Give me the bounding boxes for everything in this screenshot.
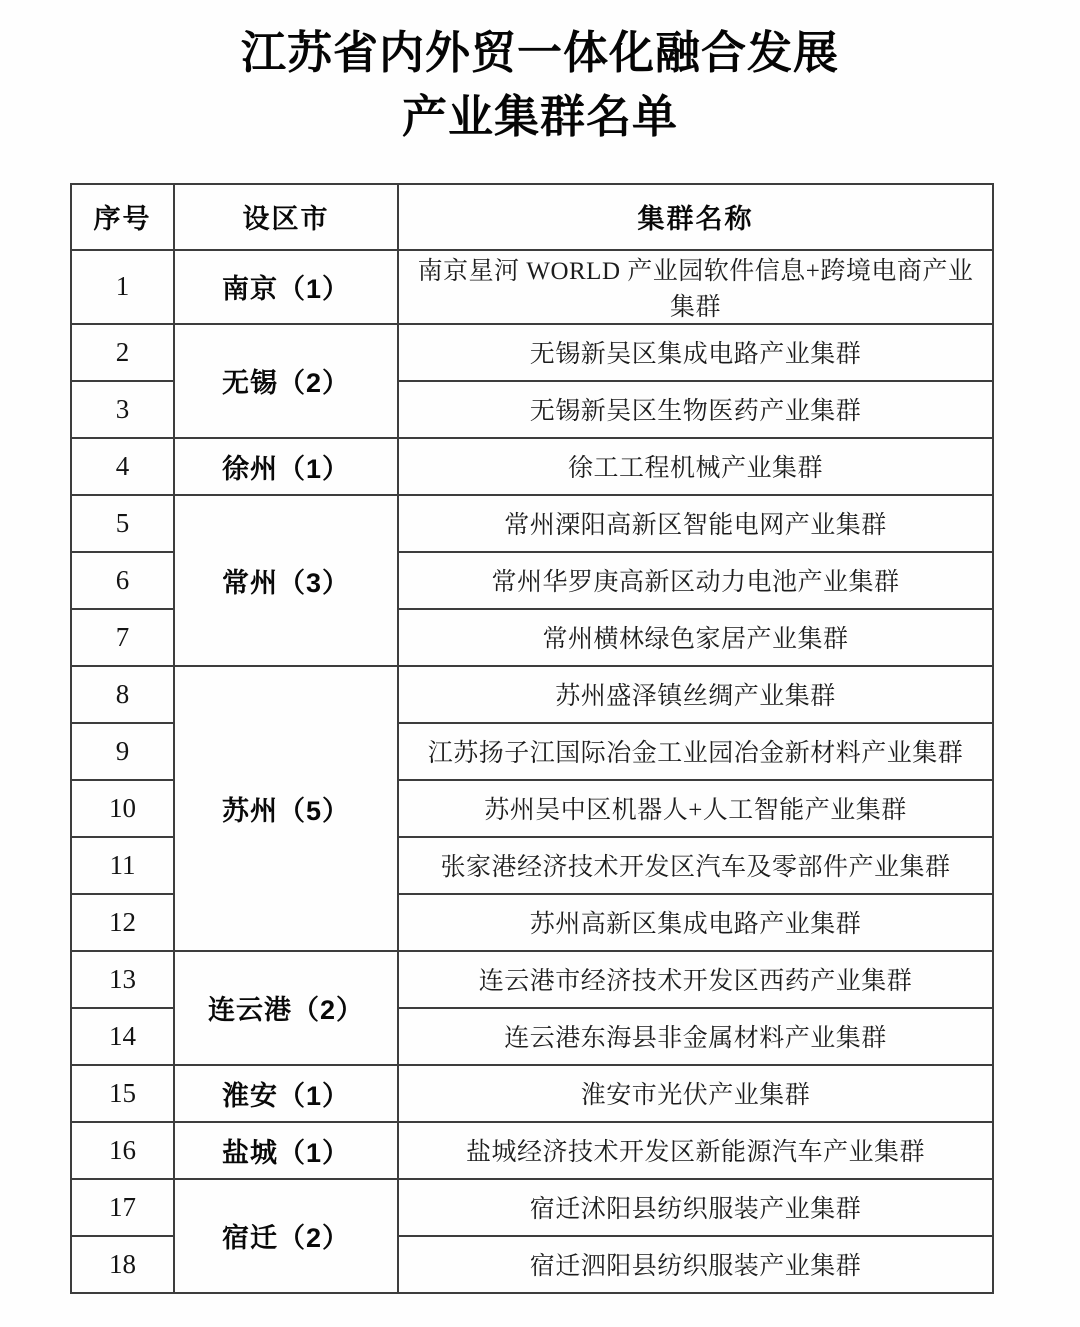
city-cell: 连云港（2） [174, 951, 398, 1065]
document-title: 江苏省内外贸一体化融合发展 产业集群名单 [0, 22, 1080, 150]
city-cell: 宿迁（2） [174, 1179, 398, 1293]
table-row: 17宿迁（2）宿迁沭阳县纺织服装产业集群 [71, 1179, 993, 1236]
header-cell-cluster: 集群名称 [398, 184, 993, 250]
cluster-name-cell: 徐工工程机械产业集群 [398, 438, 993, 495]
row-number-cell: 4 [71, 438, 174, 495]
city-cell: 盐城（1） [174, 1122, 398, 1179]
row-number-cell: 11 [71, 837, 174, 894]
cluster-name-cell: 宿迁沭阳县纺织服装产业集群 [398, 1179, 993, 1236]
city-cell: 苏州（5） [174, 666, 398, 951]
cluster-name-cell: 淮安市光伏产业集群 [398, 1065, 993, 1122]
cluster-name-cell: 江苏扬子江国际冶金工业园冶金新材料产业集群 [398, 723, 993, 780]
cluster-name-cell: 张家港经济技术开发区汽车及零部件产业集群 [398, 837, 993, 894]
cluster-name-cell: 苏州高新区集成电路产业集群 [398, 894, 993, 951]
row-number-cell: 17 [71, 1179, 174, 1236]
city-cell: 常州（3） [174, 495, 398, 666]
cluster-name-cell: 盐城经济技术开发区新能源汽车产业集群 [398, 1122, 993, 1179]
table-header-row: 序号 设区市 集群名称 [71, 184, 993, 250]
cluster-name-cell: 苏州盛泽镇丝绸产业集群 [398, 666, 993, 723]
row-number-cell: 12 [71, 894, 174, 951]
cluster-name-cell: 连云港市经济技术开发区西药产业集群 [398, 951, 993, 1008]
table-row: 15淮安（1）淮安市光伏产业集群 [71, 1065, 993, 1122]
cluster-name-cell: 常州横林绿色家居产业集群 [398, 609, 993, 666]
document-title-line1: 江苏省内外贸一体化融合发展 [0, 22, 1080, 86]
table-row: 1南京（1）南京星河 WORLD 产业园软件信息+跨境电商产业集群 [71, 250, 993, 324]
row-number-cell: 7 [71, 609, 174, 666]
city-cell: 南京（1） [174, 250, 398, 324]
row-number-cell: 16 [71, 1122, 174, 1179]
cluster-name-cell: 常州溧阳高新区智能电网产业集群 [398, 495, 993, 552]
table-row: 5常州（3）常州溧阳高新区智能电网产业集群 [71, 495, 993, 552]
row-number-cell: 3 [71, 381, 174, 438]
row-number-cell: 10 [71, 780, 174, 837]
table-row: 2无锡（2）无锡新吴区集成电路产业集群 [71, 324, 993, 381]
row-number-cell: 13 [71, 951, 174, 1008]
row-number-cell: 5 [71, 495, 174, 552]
row-number-cell: 6 [71, 552, 174, 609]
row-number-cell: 8 [71, 666, 174, 723]
table-row: 16盐城（1）盐城经济技术开发区新能源汽车产业集群 [71, 1122, 993, 1179]
row-number-cell: 15 [71, 1065, 174, 1122]
document-title-line2: 产业集群名单 [0, 86, 1080, 150]
city-cell: 无锡（2） [174, 324, 398, 438]
row-number-cell: 1 [71, 250, 174, 324]
city-cell: 淮安（1） [174, 1065, 398, 1122]
table-row: 13连云港（2）连云港市经济技术开发区西药产业集群 [71, 951, 993, 1008]
cluster-name-cell: 常州华罗庚高新区动力电池产业集群 [398, 552, 993, 609]
city-cell: 徐州（1） [174, 438, 398, 495]
row-number-cell: 9 [71, 723, 174, 780]
row-number-cell: 14 [71, 1008, 174, 1065]
document-page: 江苏省内外贸一体化融合发展 产业集群名单 序号 设区市 集群名称 1南京（1）南… [0, 0, 1080, 1327]
cluster-name-cell: 宿迁泗阳县纺织服装产业集群 [398, 1236, 993, 1293]
table-row: 4徐州（1）徐工工程机械产业集群 [71, 438, 993, 495]
cluster-name-cell: 连云港东海县非金属材料产业集群 [398, 1008, 993, 1065]
header-cell-no: 序号 [71, 184, 174, 250]
cluster-name-cell: 南京星河 WORLD 产业园软件信息+跨境电商产业集群 [398, 250, 993, 324]
row-number-cell: 18 [71, 1236, 174, 1293]
row-number-cell: 2 [71, 324, 174, 381]
cluster-table: 序号 设区市 集群名称 1南京（1）南京星河 WORLD 产业园软件信息+跨境电… [70, 183, 994, 1294]
cluster-name-cell: 无锡新吴区集成电路产业集群 [398, 324, 993, 381]
cluster-name-cell: 苏州吴中区机器人+人工智能产业集群 [398, 780, 993, 837]
table-body: 1南京（1）南京星河 WORLD 产业园软件信息+跨境电商产业集群2无锡（2）无… [71, 250, 993, 1293]
header-cell-city: 设区市 [174, 184, 398, 250]
cluster-name-cell: 无锡新吴区生物医药产业集群 [398, 381, 993, 438]
table-row: 8苏州（5）苏州盛泽镇丝绸产业集群 [71, 666, 993, 723]
